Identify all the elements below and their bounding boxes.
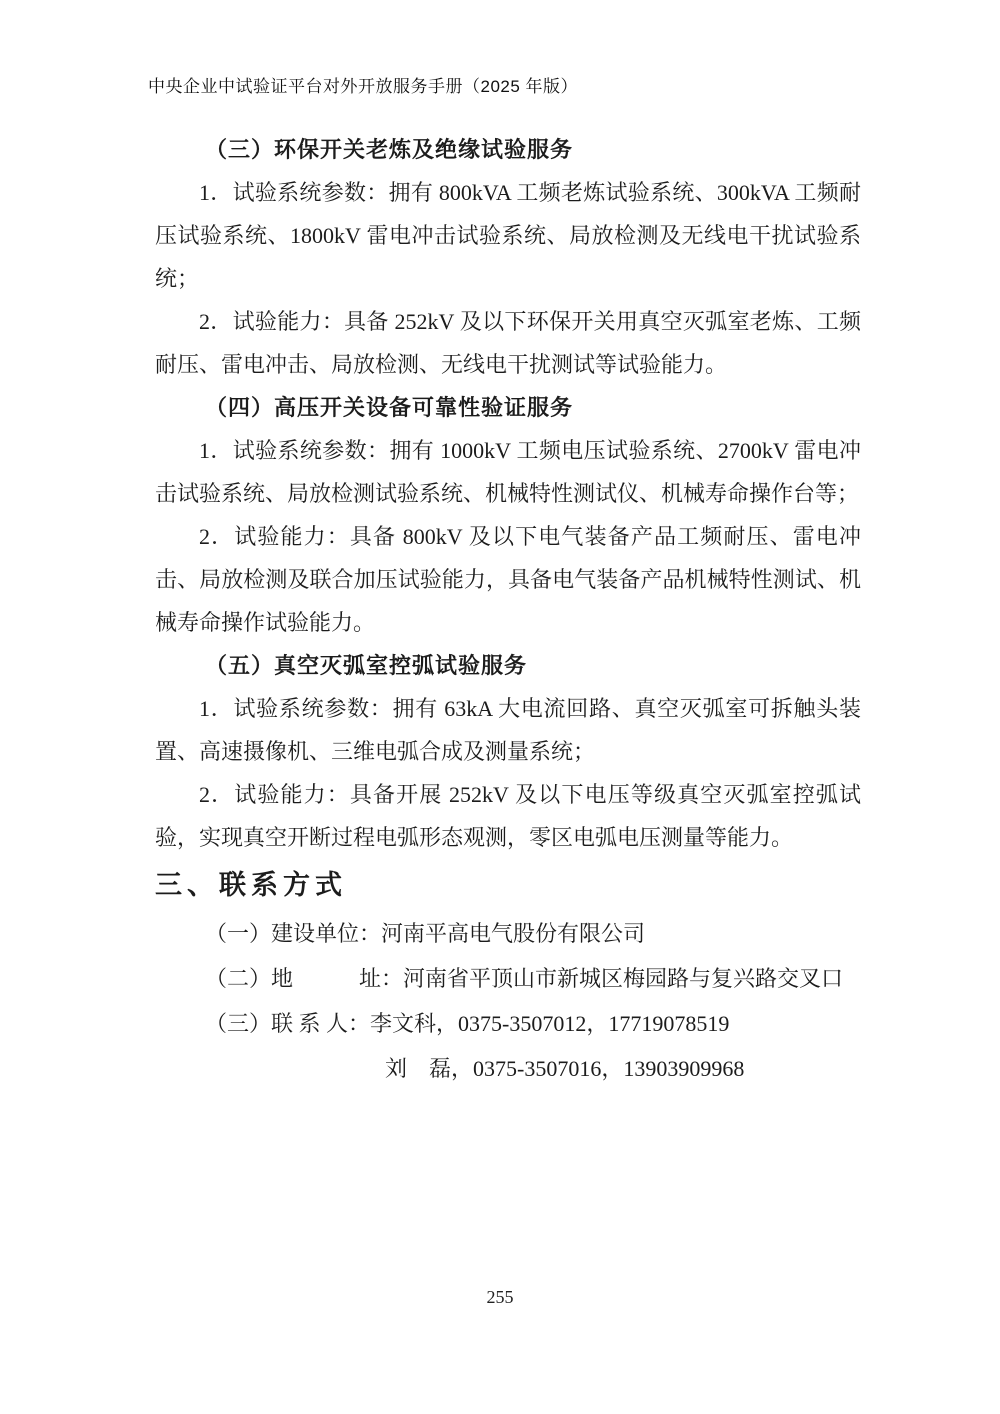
paragraph-section3-capability: 2．试验能力：具备 252kV 及以下环保开关用真空灭弧室老炼、工频耐压、雷电冲… bbox=[155, 300, 861, 386]
page-number: 255 bbox=[0, 1287, 1000, 1308]
section-heading-4: （四）高压开关设备可靠性验证服务 bbox=[155, 386, 861, 429]
page-content: （三）环保开关老炼及绝缘试验服务 1．试验系统参数：拥有 800kVA 工频老炼… bbox=[155, 128, 861, 1091]
running-header: 中央企业中试验证平台对外开放服务手册（2025 年版） bbox=[148, 72, 578, 97]
paragraph-section5-capability: 2．试验能力：具备开展 252kV 及以下电压等级真空灭弧室控弧试验，实现真空开… bbox=[155, 773, 861, 859]
contact-line-person-2: 刘 磊，0375-3507016，13903909968 bbox=[155, 1046, 861, 1091]
document-page: 中央企业中试验证平台对外开放服务手册（2025 年版） （三）环保开关老炼及绝缘… bbox=[0, 0, 1000, 1414]
contact-line-person-1: （三）联 系 人：李文科，0375-3507012，17719078519 bbox=[155, 1001, 861, 1046]
contact-line-address: （二）地 址：河南省平顶山市新城区梅园路与复兴路交叉口 bbox=[155, 956, 861, 1001]
contact-section-heading: 三、联系方式 bbox=[155, 859, 861, 911]
section-heading-5: （五）真空灭弧室控弧试验服务 bbox=[155, 644, 861, 687]
paragraph-section4-params: 1．试验系统参数：拥有 1000kV 工频电压试验系统、2700kV 雷电冲击试… bbox=[155, 429, 861, 515]
contact-line-builder: （一）建设单位：河南平高电气股份有限公司 bbox=[155, 911, 861, 956]
paragraph-section4-capability: 2．试验能力：具备 800kV 及以下电气装备产品工频耐压、雷电冲击、局放检测及… bbox=[155, 515, 861, 644]
paragraph-section3-params: 1．试验系统参数：拥有 800kVA 工频老炼试验系统、300kVA 工频耐压试… bbox=[155, 171, 861, 300]
paragraph-section5-params: 1．试验系统参数：拥有 63kA 大电流回路、真空灭弧室可拆触头装置、高速摄像机… bbox=[155, 687, 861, 773]
section-heading-3: （三）环保开关老炼及绝缘试验服务 bbox=[155, 128, 861, 171]
